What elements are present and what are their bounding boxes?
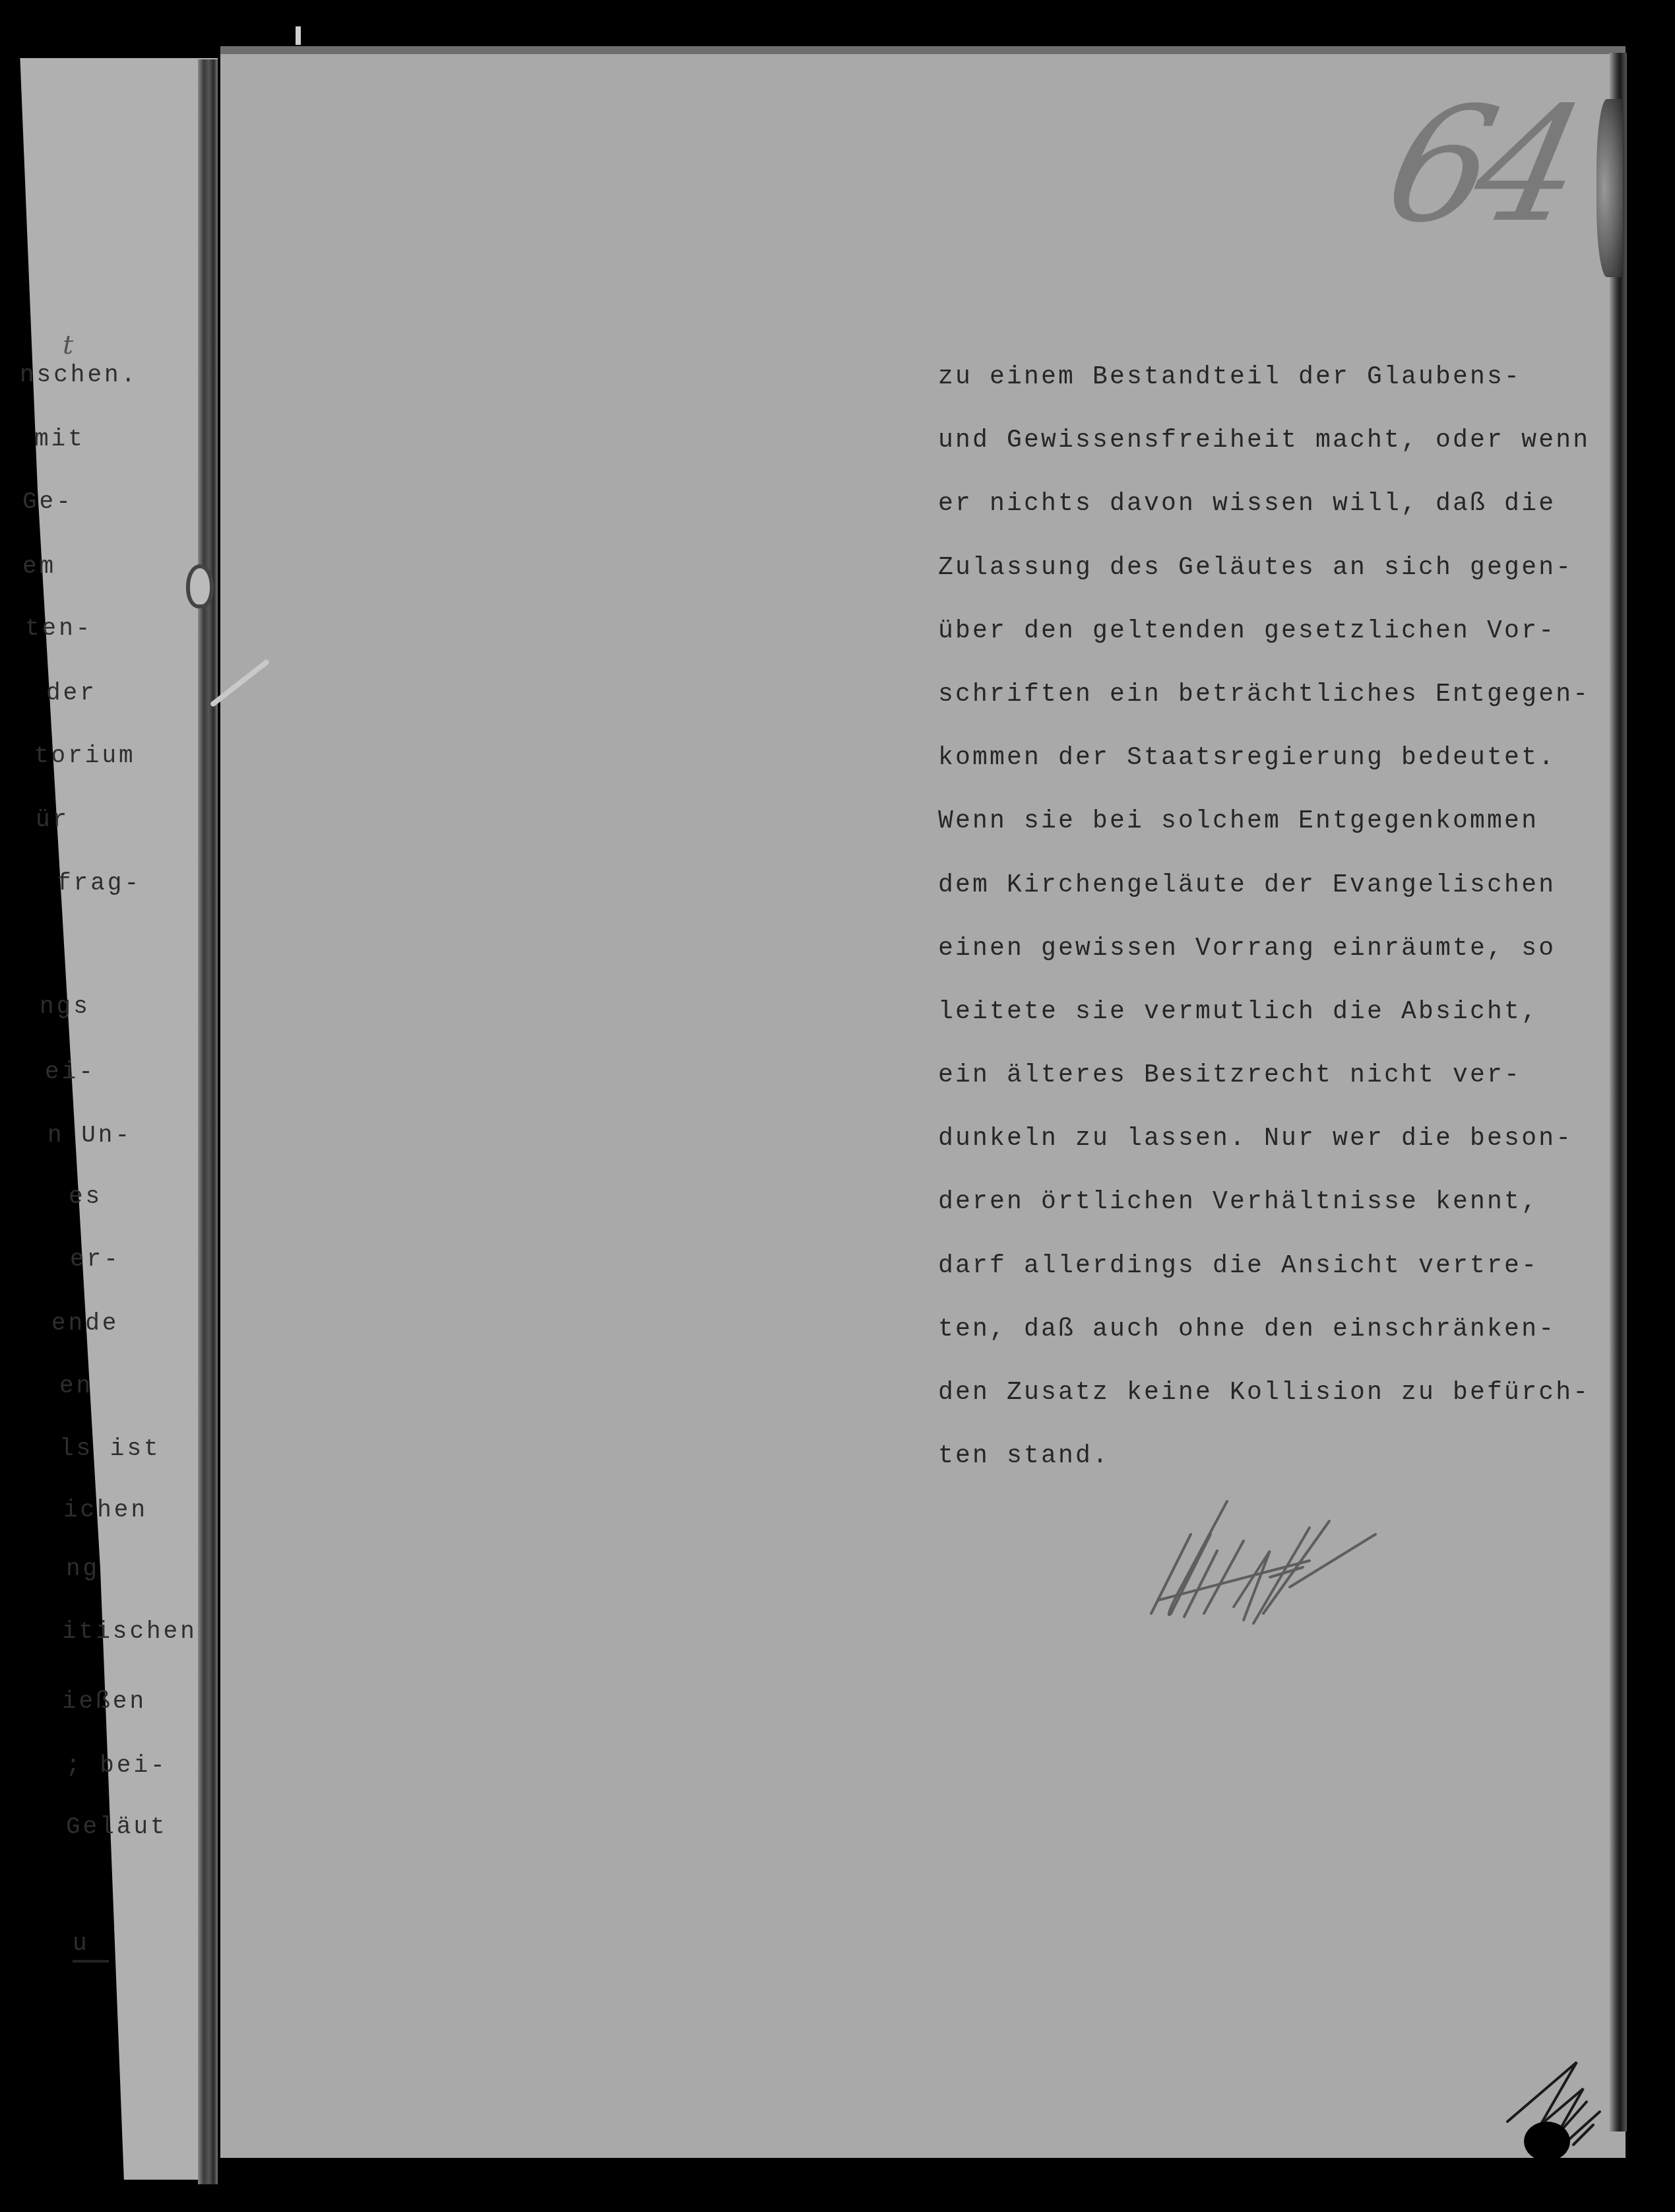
body-text-line: den Zusatz keine Kollision zu befürch-: [938, 1380, 1611, 1443]
body-text-line: zu einem Bestandteil der Glaubens-: [938, 364, 1611, 428]
underline-mark: [73, 1960, 109, 1963]
page-right-edge: [1610, 53, 1627, 2131]
body-text-line: dunkeln zu lassen. Nur wer die beson-: [938, 1126, 1611, 1189]
caret-insertion-mark: t: [63, 330, 73, 360]
scan-tick-mark: [296, 26, 301, 45]
previous-page-line: ; bei-: [66, 1752, 168, 1779]
previous-page-line: es: [69, 1183, 102, 1210]
previous-page-line: ei-: [45, 1058, 96, 1086]
previous-page-line: ichen: [63, 1497, 148, 1524]
body-text-line: schriften ein beträchtliches Entgegen-: [938, 682, 1611, 745]
previous-page-line: ng: [66, 1555, 100, 1582]
previous-page-line: ießen: [62, 1688, 146, 1715]
previous-page-line: der: [46, 680, 97, 707]
previous-page-line: mit: [34, 426, 85, 453]
torn-paper-edge: [1596, 99, 1623, 277]
previous-page-line: ende: [51, 1310, 119, 1337]
previous-page-line: torium: [34, 742, 136, 769]
body-text-line: ein älteres Besitzrecht nicht ver-: [938, 1062, 1611, 1126]
previous-page-line: frag-: [57, 870, 141, 897]
handwritten-signature: [1138, 1488, 1415, 1633]
previous-page-line: n Un-: [47, 1122, 132, 1149]
previous-page-line: em: [22, 553, 56, 580]
previous-page-line: Ge-: [22, 488, 73, 515]
previous-page-line: ls ist: [59, 1435, 161, 1462]
body-text-line: leitete sie vermutlich die Absicht,: [938, 999, 1611, 1062]
previous-page-line: ten-: [25, 615, 92, 642]
previous-page-line: Geläut: [66, 1813, 168, 1840]
page-bottom-edge: [220, 2158, 1626, 2212]
previous-page-line: ngs: [40, 993, 90, 1020]
body-text-line: deren örtlichen Verhältnisse kennt,: [938, 1189, 1611, 1252]
typed-body-text: zu einem Bestandteil der Glaubens-und Ge…: [938, 364, 1611, 1507]
previous-page-line: en: [59, 1373, 93, 1400]
body-text-line: einen gewissen Vorrang einräumte, so: [938, 936, 1611, 999]
binding-knot: [186, 564, 214, 608]
previous-page-line: itischen: [62, 1618, 197, 1645]
previous-page-line: ür: [36, 806, 69, 833]
body-text-line: ten, daß auch ohne den einschränken-: [938, 1317, 1611, 1380]
ink-blot: [1524, 2122, 1570, 2161]
body-text-line: er nichts davon wissen will, daß die: [938, 491, 1611, 554]
binding-thread-strip: [198, 59, 218, 2184]
body-text-line: Zulassung des Geläutes an sich gegen-: [938, 555, 1611, 618]
body-text-line: kommen der Staatsregierung bedeutet.: [938, 745, 1611, 808]
folio-number: 64: [1375, 86, 1583, 244]
body-text-line: Wenn sie bei solchem Entgegenkommen: [938, 808, 1611, 872]
body-text-line: dem Kirchengeläute der Evangelischen: [938, 872, 1611, 936]
body-text-line: darf allerdings die Ansicht vertre-: [938, 1253, 1611, 1317]
body-text-line: und Gewissensfreiheit macht, oder wenn: [938, 428, 1611, 491]
body-text-line: über den geltenden gesetzlichen Vor-: [938, 618, 1611, 682]
previous-page-line: u: [73, 1930, 90, 1957]
previous-page-line: er-: [70, 1246, 121, 1273]
previous-page-line: nschen.: [20, 362, 138, 389]
